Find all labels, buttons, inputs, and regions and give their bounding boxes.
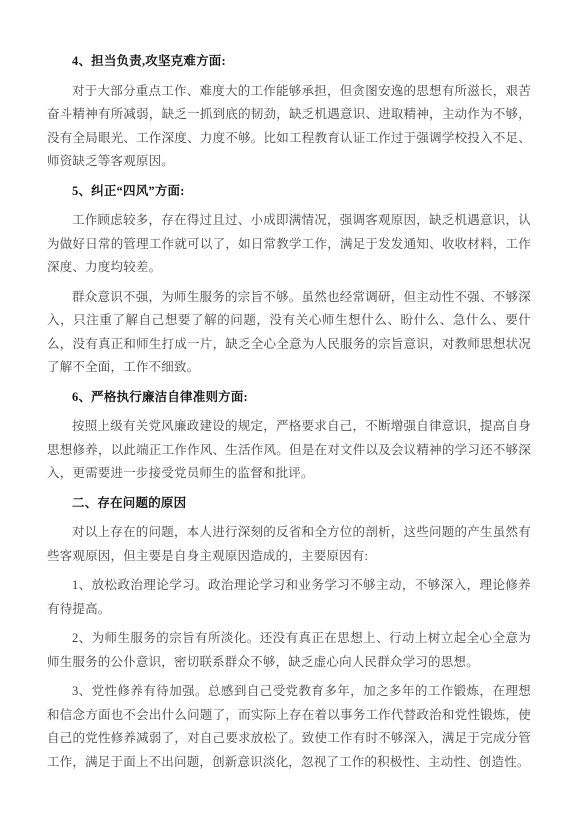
section-heading-part2-causes: 二、存在问题的原因	[47, 492, 531, 516]
section-heading-6-self-discipline: 6、严格执行廉洁自律准则方面:	[47, 386, 531, 410]
paragraph-four-winds-body-1: 工作顾虑较多，存在得过且过、小成即满情况，强调客观原因，缺乏机遇意识，认为做好日…	[47, 209, 531, 280]
section-heading-5-four-winds: 5、纠正“四风”方面:	[47, 180, 531, 204]
paragraph-cause-3: 3、党性修养有待加强。总感到自己受党教育多年，加之多年的工作锻炼，在理想和信念方…	[47, 680, 531, 774]
paragraph-causes-intro: 对以上存在的问题，本人进行深刻的反省和全方位的剖析，这些问题的产生虽然有些客观原…	[47, 521, 531, 568]
paragraph-self-discipline-body: 按照上级有关党风廉政建设的规定，严格要求自己，不断增强自律意识，提高自身思想修养…	[47, 415, 531, 486]
document-page: 4、担当负责,攻坚克难方面: 对于大部分重点工作、难度大的工作能够承担，但贪图安…	[0, 0, 578, 818]
paragraph-cause-1: 1、放松政治理论学习。政治理论学习和业务学习不够主动，不够深入，理论修养有待提高…	[47, 574, 531, 621]
paragraph-responsibility-body: 对于大部分重点工作、难度大的工作能够承担，但贪图安逸的思想有所滋长，艰苦奋斗精神…	[47, 80, 531, 174]
section-heading-4-responsibility: 4、担当负责,攻坚克难方面:	[47, 50, 531, 74]
paragraph-cause-2: 2、为师生服务的宗旨有所淡化。还没有真正在思想上、行动上树立起全心全意为师生服务…	[47, 627, 531, 674]
paragraph-four-winds-body-2: 群众意识不强，为师生服务的宗旨不够。虽然也经常调研，但主动性不强、不够深入，只注…	[47, 286, 531, 380]
